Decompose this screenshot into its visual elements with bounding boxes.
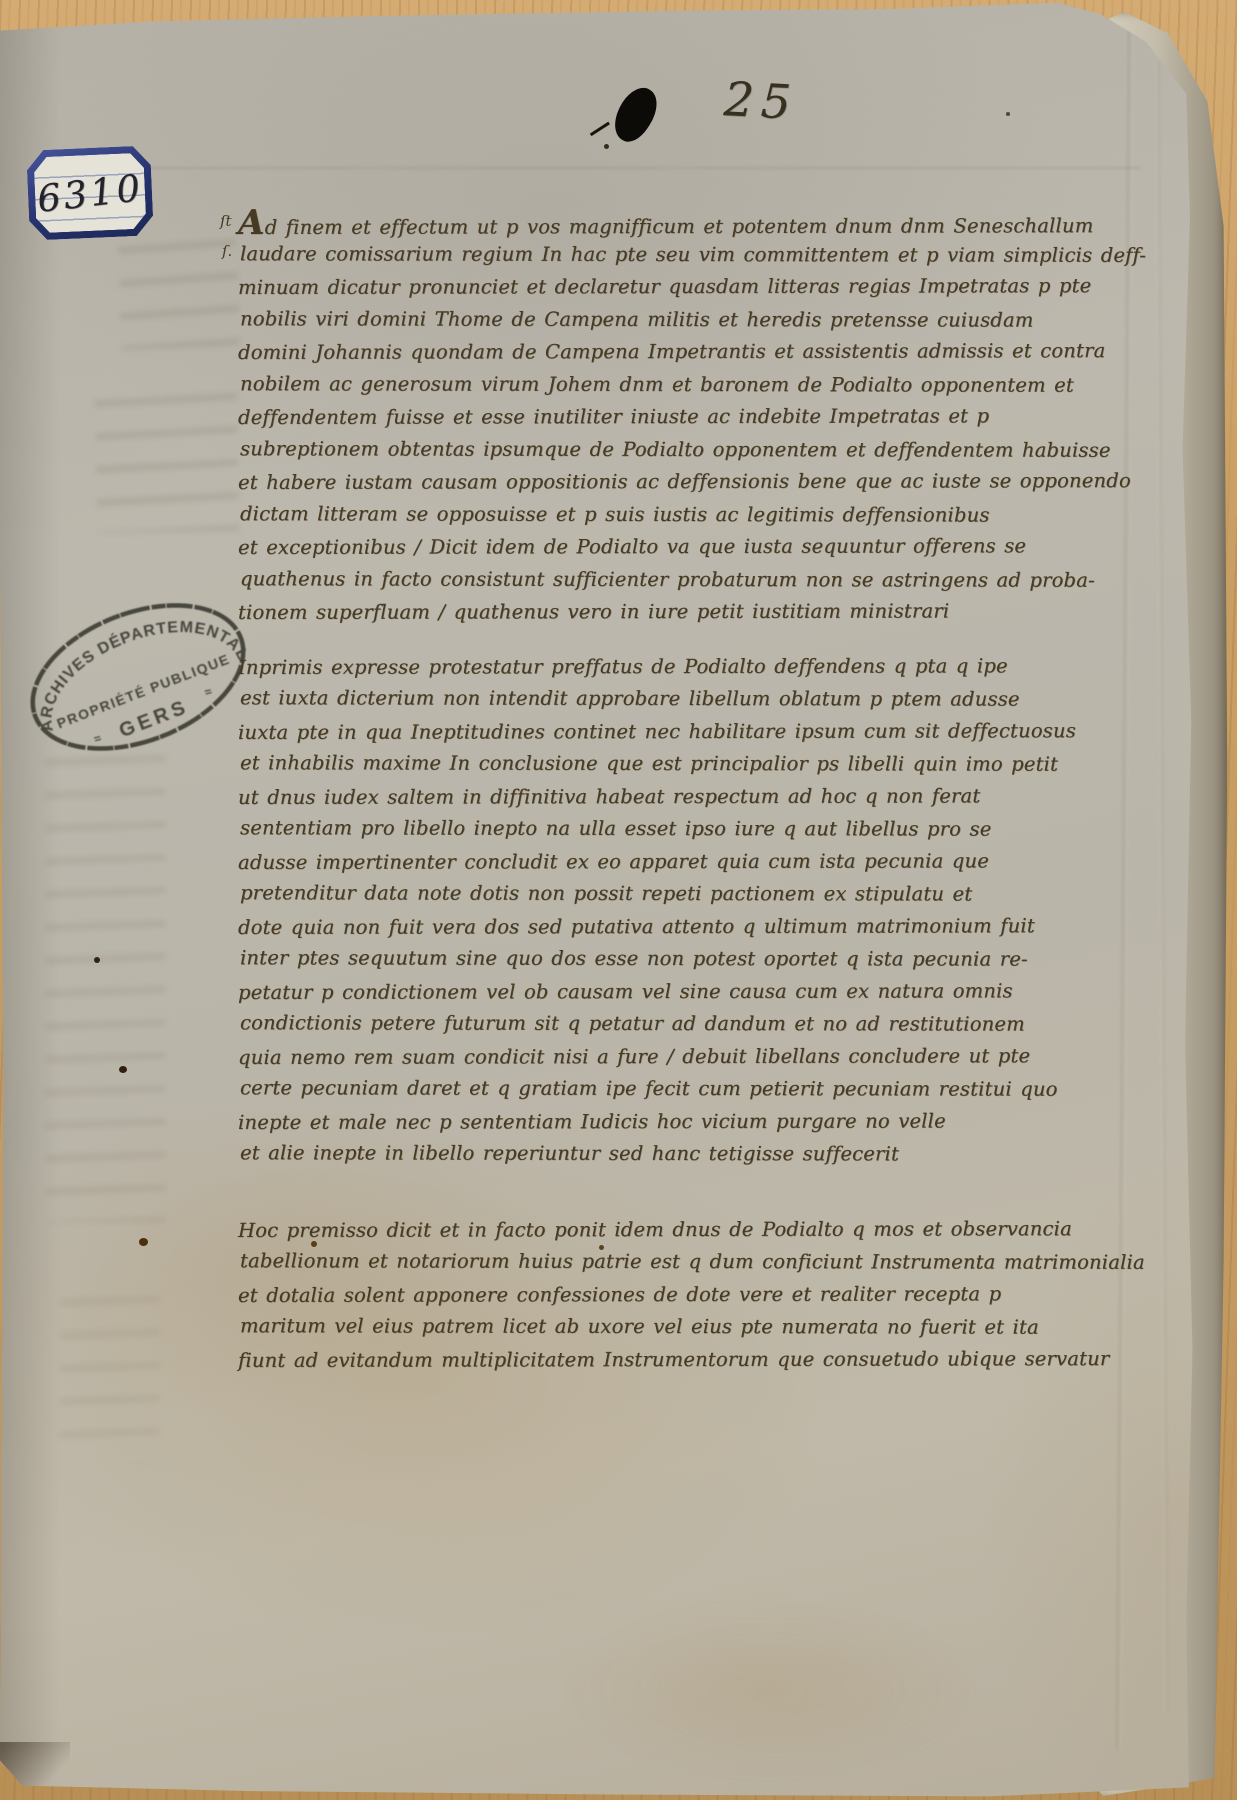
text-line: et inhabilis maxime In conclusione que e… bbox=[240, 747, 1138, 781]
paragraph-3: Hoc premisso dicit et in facto ponit ide… bbox=[238, 1214, 1138, 1377]
stain-speck bbox=[599, 1245, 604, 1250]
text-line: subreptionem obtentas ipsumque de Podial… bbox=[240, 433, 1138, 467]
paragraph-2: Inprimis expresse protestatur preffatus … bbox=[238, 651, 1138, 1171]
text-line: Hoc premisso dicit et in facto ponit ide… bbox=[238, 1213, 1138, 1247]
verso-show-through bbox=[46, 742, 166, 1222]
ink-speck bbox=[604, 144, 609, 149]
archive-number-label: 6310 bbox=[26, 145, 154, 240]
text-line: adusse impertinenter concludit ex eo app… bbox=[238, 845, 1138, 879]
manuscript-text: Ad finem et effectum ut p vos magnifficu… bbox=[238, 206, 1138, 1376]
text-line: et dotalia solent apponere confessiones … bbox=[238, 1278, 1138, 1312]
text-line: nobilis viri domini Thome de Campena mil… bbox=[240, 303, 1138, 337]
manuscript-page: 6310 25 ARCHIVES DÉPARTEMENTALES PROPRIÉ… bbox=[0, 0, 1237, 1800]
text-line: nobilem ac generosum virum Johem dnm et … bbox=[240, 368, 1138, 402]
stamp-flank-left: ≈ bbox=[92, 731, 104, 747]
margin-mark: ſ. bbox=[222, 242, 232, 260]
text-line: Inprimis expresse protestatur preffatus … bbox=[238, 650, 1138, 684]
ink-blot bbox=[605, 81, 665, 148]
stamp-oval-border bbox=[12, 578, 263, 776]
text-line: et exceptionibus / Dicit idem de Podialt… bbox=[238, 530, 1138, 564]
text-line: condictionis petere futurum sit q petatu… bbox=[240, 1007, 1138, 1041]
text-line: certe pecuniam daret et q gratiam ipe fe… bbox=[240, 1072, 1138, 1106]
archives-stamp: ARCHIVES DÉPARTEMENTALES PROPRIÉTÉ PUBLI… bbox=[0, 561, 276, 793]
text-line: fiunt ad evitandum multiplicitatem Instr… bbox=[238, 1343, 1138, 1377]
photo-of-manuscript: 6310 25 ARCHIVES DÉPARTEMENTALES PROPRIÉ… bbox=[0, 0, 1237, 1800]
text-line: tabellionum et notariorum huius patrie e… bbox=[240, 1245, 1138, 1279]
text-line: inepte et male nec p sententiam Iudicis … bbox=[238, 1105, 1138, 1139]
text-line: tionem superfluam / quathenus vero in iu… bbox=[238, 595, 1138, 629]
ink-speck bbox=[94, 957, 100, 963]
verso-show-through bbox=[95, 381, 240, 533]
text-line: deffendentem fuisse et esse inutiliter i… bbox=[238, 400, 1138, 434]
text-line: laudare comissarium regium In hac pte se… bbox=[240, 238, 1138, 272]
stamp-top-text: ARCHIVES DÉPARTEMENTALES bbox=[0, 561, 252, 743]
text-line: iuxta pte in qua Ineptitudines continet … bbox=[238, 715, 1138, 749]
text-line: sententiam pro libello inepto na ulla es… bbox=[240, 812, 1138, 846]
paper-stain bbox=[560, 1600, 980, 1780]
vertical-crease bbox=[1156, 60, 1169, 1710]
archive-number: 6310 bbox=[35, 166, 145, 221]
paragraph-1: Ad finem et effectum ut p vos magnifficu… bbox=[238, 206, 1138, 629]
text-line: inter ptes sequutum sine quo dos esse no… bbox=[240, 942, 1138, 976]
text-line: Ad finem et effectum ut p vos magnifficu… bbox=[238, 205, 1138, 239]
text-line: ut dnus iudex saltem in diffinitiva habe… bbox=[238, 780, 1138, 814]
text-line: est iuxta dicterium non intendit approba… bbox=[240, 682, 1138, 716]
verso-show-through bbox=[60, 1282, 160, 1462]
text-line: petatur p condictionem vel ob causam vel… bbox=[238, 975, 1138, 1009]
folio-number: 25 bbox=[723, 72, 800, 131]
ink-speck bbox=[119, 1066, 127, 1073]
text-line: dote quia non fuit vera dos sed putativa… bbox=[238, 910, 1138, 944]
text-line: minuam dicatur pronunciet et declaretur … bbox=[238, 270, 1138, 304]
text-line: dictam litteram se opposuisse et p suis … bbox=[240, 498, 1138, 532]
horizontal-crease bbox=[40, 166, 1140, 170]
text-line: quathenus in facto consistunt sufficient… bbox=[240, 563, 1138, 597]
text-line: et habere iustam causam oppositionis ac … bbox=[238, 465, 1138, 499]
text-line: pretenditur data note dotis non possit r… bbox=[240, 877, 1138, 911]
stain-speck bbox=[311, 1241, 317, 1247]
ink-speck bbox=[1006, 112, 1010, 116]
stamp-flank-right: ≈ bbox=[202, 684, 214, 700]
text-line: maritum vel eius patrem licet ab uxore v… bbox=[240, 1310, 1138, 1344]
margin-mark: ſt bbox=[220, 212, 232, 230]
text-line: domini Johannis quondam de Campena Impet… bbox=[238, 335, 1138, 369]
text-line: quia nemo rem suam condicit nisi a fure … bbox=[238, 1040, 1138, 1074]
text-line: et alie inepte in libello reperiuntur se… bbox=[240, 1137, 1138, 1171]
stain-speck bbox=[139, 1238, 148, 1246]
label-paper: 6310 bbox=[33, 153, 146, 234]
